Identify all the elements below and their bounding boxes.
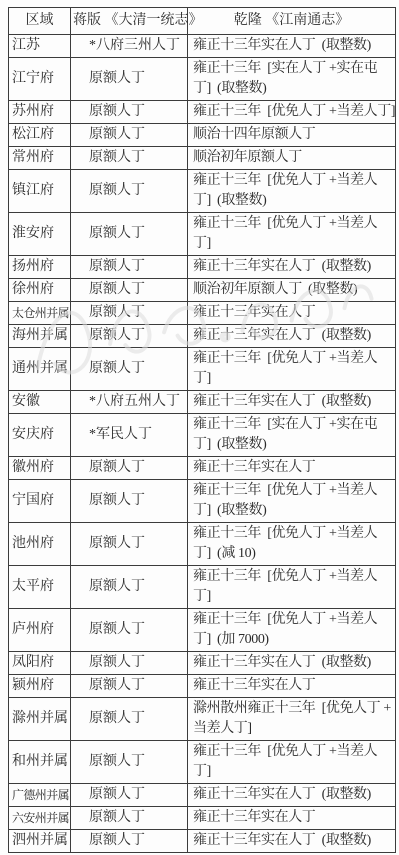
qianlong-cell: 雍正十三年 [优免人丁 +当差人 丁] xyxy=(188,213,396,256)
jiang-cell: 原额人丁 xyxy=(71,807,188,830)
jiang-cell: 原额人丁 xyxy=(71,652,188,675)
qianlong-cell: 雍正十三年实在人丁 (取整数) xyxy=(188,35,396,58)
column-header-qianlong-gazetteer: 乾隆 《江南通志》 xyxy=(188,8,396,35)
qianlong-cell: 雍正十三年 [优免人丁 +当差人 丁] (取整数) xyxy=(188,170,396,213)
region-cell: 宁国府 xyxy=(9,480,71,523)
region-cell: 海州并属 xyxy=(9,325,71,348)
jiang-cell: *军民人丁 xyxy=(71,414,188,457)
table-row: 太仓州并属原额人丁雍正十三年实在人丁 xyxy=(9,302,396,325)
qianlong-cell: 雍正十三年实在人丁 xyxy=(188,457,396,480)
region-cell: 池州府 xyxy=(9,523,71,566)
qianlong-cell: 雍正十三年实在人丁 xyxy=(188,302,396,325)
jiang-cell: 原额人丁 xyxy=(71,830,188,853)
table-row: 常州府原额人丁顺治初年原额人丁 xyxy=(9,147,396,170)
region-cell: 凤阳府 xyxy=(9,652,71,675)
jiang-cell: 原额人丁 xyxy=(71,609,188,652)
qianlong-cell: 顺治初年原额人丁 (取整数) xyxy=(188,279,396,302)
table-row: 淮安府原额人丁雍正十三年 [优免人丁 +当差人 丁] xyxy=(9,213,396,256)
jiang-cell: 原额人丁 xyxy=(71,523,188,566)
table-row: 通州并属原额人丁雍正十三年 [优免人丁 +当差人 丁] xyxy=(9,348,396,391)
qianlong-cell: 雍正十三年实在人丁 (取整数) xyxy=(188,325,396,348)
region-cell: 苏州府 xyxy=(9,101,71,124)
jiang-cell: 原额人丁 xyxy=(71,170,188,213)
jiang-cell: 原额人丁 xyxy=(71,302,188,325)
table-header: 区域 蒋版 《大清一统志》 乾隆 《江南通志》 xyxy=(9,8,396,35)
jiang-cell: 原额人丁 xyxy=(71,213,188,256)
table-row: 凤阳府原额人丁雍正十三年实在人丁 (取整数) xyxy=(9,652,396,675)
qianlong-cell: 雍正十三年实在人丁 (取整数) xyxy=(188,256,396,279)
region-cell: 和州并属 xyxy=(9,741,71,784)
region-cell: 安徽 xyxy=(9,391,71,414)
region-cell: 徐州府 xyxy=(9,279,71,302)
table-row: 广德州并属原额人丁雍正十三年实在人丁 (取整数) xyxy=(9,784,396,807)
jiang-cell: 原额人丁 xyxy=(71,348,188,391)
table-row: 庐州府原额人丁雍正十三年 [优免人丁 +当差人 丁] (加 7000) xyxy=(9,609,396,652)
table-row: 徽州府原额人丁雍正十三年实在人丁 xyxy=(9,457,396,480)
qianlong-cell: 雍正十三年 [实在人丁 +实在屯 丁] (取整数) xyxy=(188,58,396,101)
region-cell: 太仓州并属 xyxy=(9,302,71,325)
table-body: 江苏*八府三州人丁雍正十三年实在人丁 (取整数)江宁府原额人丁雍正十三年 [实在… xyxy=(9,35,396,853)
region-cell: 通州并属 xyxy=(9,348,71,391)
table-row: 徐州府原额人丁顺治初年原额人丁 (取整数) xyxy=(9,279,396,302)
qianlong-cell: 雍正十三年实在人丁 xyxy=(188,675,396,698)
region-cell: 江宁府 xyxy=(9,58,71,101)
census-comparison-table: 区域 蒋版 《大清一统志》 乾隆 《江南通志》 江苏*八府三州人丁雍正十三年实在… xyxy=(8,7,396,853)
table-row: 太平府原额人丁雍正十三年 [优免人丁 +当差人 丁] xyxy=(9,566,396,609)
table-row: 松江府原额人丁顺治十四年原额人丁 xyxy=(9,124,396,147)
region-cell: 江苏 xyxy=(9,35,71,58)
jiang-cell: 原额人丁 xyxy=(71,58,188,101)
table-row: 六安州并属原额人丁雍正十三年实在人丁 xyxy=(9,807,396,830)
table-row: 江宁府原额人丁雍正十三年 [实在人丁 +实在屯 丁] (取整数) xyxy=(9,58,396,101)
qianlong-cell: 雍正十三年实在人丁 (取整数) xyxy=(188,830,396,853)
qianlong-cell: 顺治初年原额人丁 xyxy=(188,147,396,170)
jiang-cell: 原额人丁 xyxy=(71,457,188,480)
header-row: 区域 蒋版 《大清一统志》 乾隆 《江南通志》 xyxy=(9,8,396,35)
region-cell: 镇江府 xyxy=(9,170,71,213)
region-cell: 太平府 xyxy=(9,566,71,609)
qianlong-cell: 雍正十三年 [优免人丁 +当差人丁] xyxy=(188,101,396,124)
jiang-cell: 原额人丁 xyxy=(71,325,188,348)
jiang-cell: 原额人丁 xyxy=(71,124,188,147)
jiang-cell: 原额人丁 xyxy=(71,256,188,279)
jiang-cell: 原额人丁 xyxy=(71,698,188,741)
column-header-region: 区域 xyxy=(9,8,71,35)
region-cell: 六安州并属 xyxy=(9,807,71,830)
region-cell: 颍州府 xyxy=(9,675,71,698)
region-cell: 广德州并属 xyxy=(9,784,71,807)
qianlong-cell: 雍正十三年 [优免人丁 +当差人 丁] xyxy=(188,566,396,609)
table-row: 苏州府原额人丁雍正十三年 [优免人丁 +当差人丁] xyxy=(9,101,396,124)
table-row: 颍州府原额人丁雍正十三年实在人丁 xyxy=(9,675,396,698)
jiang-cell: *八府五州人丁 xyxy=(71,391,188,414)
table-row: 江苏*八府三州人丁雍正十三年实在人丁 (取整数) xyxy=(9,35,396,58)
jiang-cell: 原额人丁 xyxy=(71,675,188,698)
table-row: 滁州并属原额人丁滁州散州雍正十三年 [优免人丁 + 当差人丁] xyxy=(9,698,396,741)
qianlong-cell: 雍正十三年实在人丁 xyxy=(188,807,396,830)
jiang-cell: 原额人丁 xyxy=(71,279,188,302)
table-row: 安徽*八府五州人丁雍正十三年实在人丁 (取整数) xyxy=(9,391,396,414)
jiang-cell: 原额人丁 xyxy=(71,741,188,784)
region-cell: 淮安府 xyxy=(9,213,71,256)
table-row: 扬州府原额人丁雍正十三年实在人丁 (取整数) xyxy=(9,256,396,279)
table-row: 安庆府*军民人丁雍正十三年 [实在人丁 +实在屯 丁] (取整数) xyxy=(9,414,396,457)
region-cell: 泗州并属 xyxy=(9,830,71,853)
column-header-jiang-edition: 蒋版 《大清一统志》 xyxy=(71,8,188,35)
table-row: 池州府原额人丁雍正十三年 [优免人丁 +当差人 丁] (减 10) xyxy=(9,523,396,566)
table-row: 镇江府原额人丁雍正十三年 [优免人丁 +当差人 丁] (取整数) xyxy=(9,170,396,213)
jiang-cell: 原额人丁 xyxy=(71,784,188,807)
qianlong-cell: 雍正十三年实在人丁 (取整数) xyxy=(188,652,396,675)
region-cell: 徽州府 xyxy=(9,457,71,480)
region-cell: 扬州府 xyxy=(9,256,71,279)
table-row: 和州并属原额人丁雍正十三年 [优免人丁 +当差人 丁] xyxy=(9,741,396,784)
qianlong-cell: 滁州散州雍正十三年 [优免人丁 + 当差人丁] xyxy=(188,698,396,741)
qianlong-cell: 雍正十三年实在人丁 (取整数) xyxy=(188,391,396,414)
region-cell: 滁州并属 xyxy=(9,698,71,741)
qianlong-cell: 雍正十三年 [优免人丁 +当差人 丁] (减 10) xyxy=(188,523,396,566)
qianlong-cell: 顺治十四年原额人丁 xyxy=(188,124,396,147)
qianlong-cell: 雍正十三年 [优免人丁 +当差人 丁] xyxy=(188,348,396,391)
region-cell: 安庆府 xyxy=(9,414,71,457)
table-row: 泗州并属原额人丁雍正十三年实在人丁 (取整数) xyxy=(9,830,396,853)
qianlong-cell: 雍正十三年实在人丁 (取整数) xyxy=(188,784,396,807)
jiang-cell: *八府三州人丁 xyxy=(71,35,188,58)
table-row: 海州并属原额人丁雍正十三年实在人丁 (取整数) xyxy=(9,325,396,348)
region-cell: 常州府 xyxy=(9,147,71,170)
jiang-cell: 原额人丁 xyxy=(71,147,188,170)
qianlong-cell: 雍正十三年 [优免人丁 +当差人 丁] (加 7000) xyxy=(188,609,396,652)
qianlong-cell: 雍正十三年 [优免人丁 +当差人 丁] (取整数) xyxy=(188,480,396,523)
jiang-cell: 原额人丁 xyxy=(71,480,188,523)
qianlong-cell: 雍正十三年 [优免人丁 +当差人 丁] xyxy=(188,741,396,784)
jiang-cell: 原额人丁 xyxy=(71,566,188,609)
region-cell: 庐州府 xyxy=(9,609,71,652)
qianlong-cell: 雍正十三年 [实在人丁 +实在屯 丁] (取整数) xyxy=(188,414,396,457)
table-row: 宁国府原额人丁雍正十三年 [优免人丁 +当差人 丁] (取整数) xyxy=(9,480,396,523)
jiang-cell: 原额人丁 xyxy=(71,101,188,124)
region-cell: 松江府 xyxy=(9,124,71,147)
